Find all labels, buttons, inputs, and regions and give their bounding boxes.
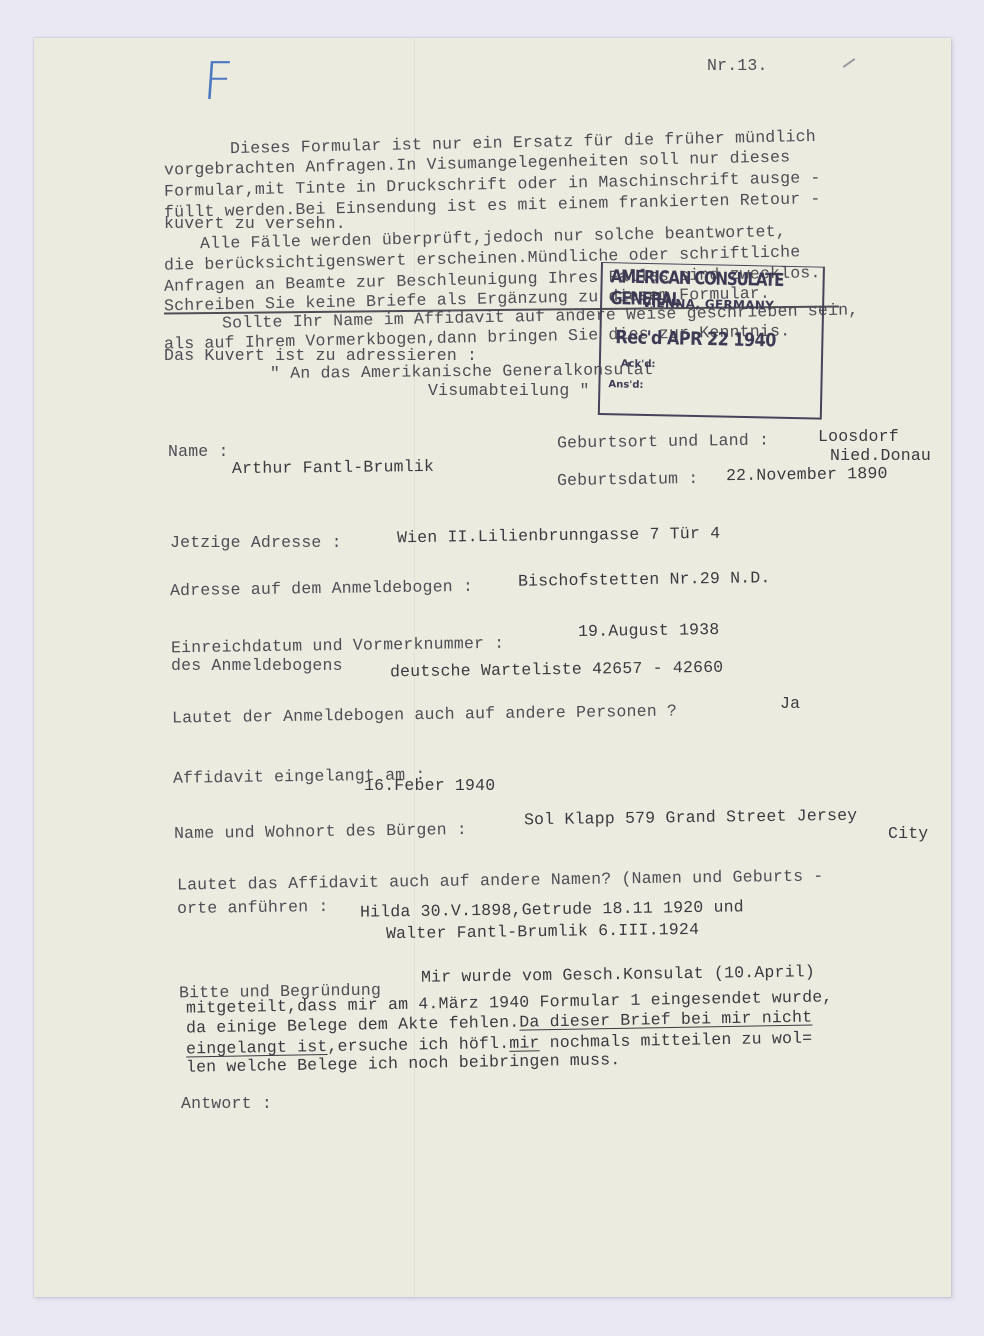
submission-label-line-2: des Anmeldebogens — [171, 656, 343, 675]
name-label: Name : — [168, 442, 229, 461]
other-persons-value: Ja — [780, 694, 800, 713]
affidavit-received-value: 16.Feber 1940 — [364, 776, 495, 795]
name-value: Arthur Fantl-Brumlik — [232, 457, 434, 478]
registration-address-value: Bischofstetten Nr.29 N.D. — [518, 568, 771, 591]
birthplace-label: Geburtsort und Land : — [557, 431, 769, 453]
stamp-received-date: Rec'd APR 22 1940 — [615, 326, 776, 351]
stamp-acknowledged: Ack'd: — [621, 358, 656, 370]
current-address-label: Jetzige Adresse : — [170, 533, 342, 552]
submission-date-value: 19.August 1938 — [578, 620, 720, 641]
underlined-text: mir — [509, 1033, 540, 1053]
affidavit-names-label-line-2: orte anführen : — [177, 897, 329, 918]
sponsor-value-line-2: City — [888, 824, 928, 843]
stamp-answered: Ans'd: — [608, 379, 643, 391]
stamp-city: VIENNA, GERMANY — [642, 296, 774, 313]
answer-label: Antwort : — [181, 1094, 272, 1113]
birthplace-value-region: Nied.Donau — [830, 446, 931, 465]
consulate-received-stamp: AMERICAN CONSULATE GENERAL VIENNA, GERMA… — [598, 262, 825, 420]
birthdate-value: 22.November 1890 — [726, 464, 888, 485]
handwritten-mark: F — [201, 52, 235, 112]
form-number: Nr.13. — [707, 56, 768, 75]
birthdate-label: Geburtsdatum : — [557, 469, 699, 490]
birthplace-value-town: Loosdorf — [818, 427, 899, 446]
